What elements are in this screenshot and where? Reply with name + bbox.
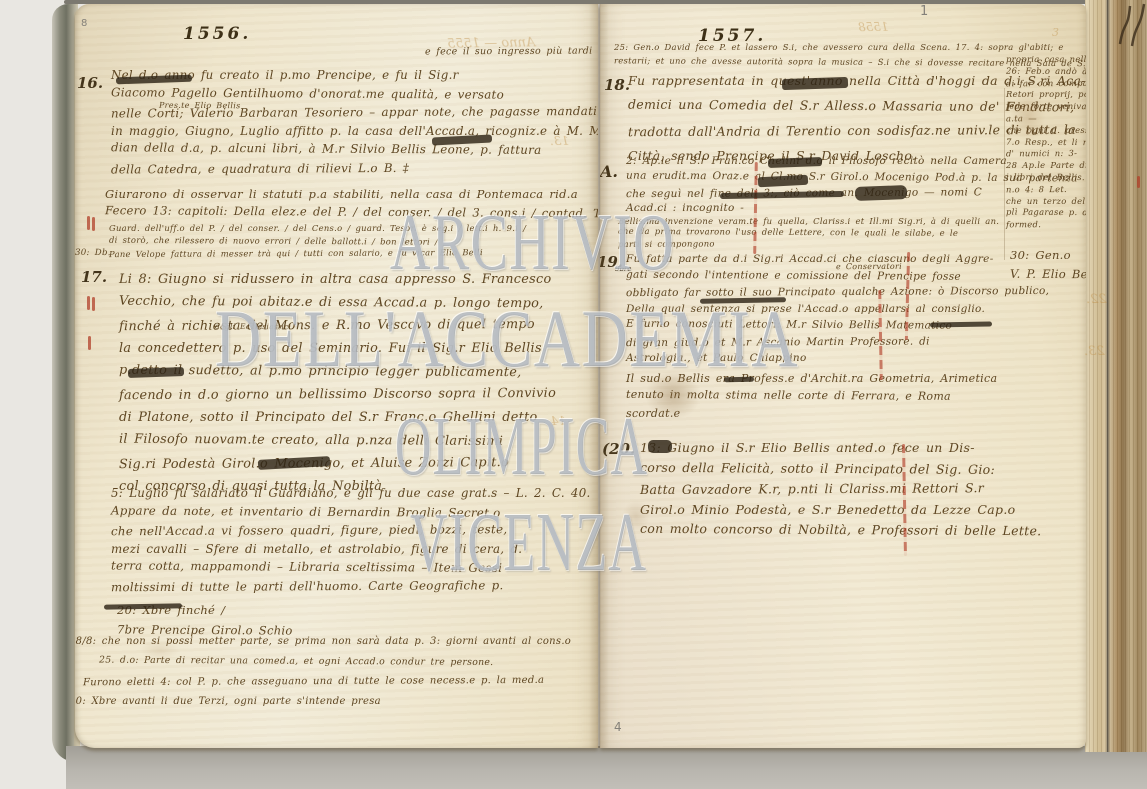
manuscript-line: Guard. dell'uff.o del P. / del conser. /… — [109, 222, 526, 235]
red-margin-dash — [92, 217, 95, 231]
marginalia-closing: 30: Gen.oV. P. Elio Bellis. — [1010, 246, 1086, 284]
manuscript-line: parti si compongono — [618, 237, 999, 250]
ghost-foredge-number: 22. — [1086, 292, 1107, 307]
pencil-folio-number-left: 8 — [81, 18, 87, 29]
manuscript-line: la concedettero p. uso del Seminario. Fu… — [119, 337, 556, 360]
paper-stain — [1010, 90, 1046, 142]
manuscript-line: terra cotta, mappamondi – Libraria scelt… — [111, 557, 591, 578]
manuscript-line: Della qual sentenza si prese l'Accad.o a… — [626, 301, 1049, 318]
margin-note-line: V. P. Elio Bellis. — [1010, 265, 1086, 285]
manuscript-line: Furono eletti 4: col P. p. che asseguano… — [83, 671, 571, 694]
interline-note: dagli Ecclesiastici — [215, 322, 291, 331]
manuscript-line: della Catedra, e quadratura di rilievi L… — [111, 157, 598, 179]
interline-note: Pres.te Elio Bellis — [159, 101, 241, 110]
margin-note-line: di far con compass delli — [1006, 77, 1086, 89]
manuscript-line: Sig.ri Podestà Girol.o Mocenigo, et Alui… — [119, 451, 556, 476]
red-margin-dash — [92, 297, 95, 311]
manuscript-line: corso della Felicità, sotto il Principat… — [640, 457, 1042, 480]
ink-stain — [645, 370, 701, 420]
paper-stain — [622, 500, 650, 532]
page-gutter — [589, 4, 609, 748]
book-fore-edge — [1085, 0, 1147, 752]
manuscript-line: che nell'Accad.a vi fossero quadri, figu… — [111, 520, 591, 541]
margin-note-line: formed. — [1006, 219, 1086, 231]
ghost-corner-number: 3 — [1052, 26, 1059, 39]
manuscript-line: p.detto il sudetto, al p.mo principio le… — [119, 359, 556, 385]
manuscript-line: obbligato far sotto il suo Principato qu… — [626, 283, 1049, 302]
ink-blot-crossout — [855, 185, 907, 201]
manuscript-line: finché à richiesta del Mons. e R.mo Vesc… — [119, 313, 556, 338]
manuscript-line: 13: Giugno il S.r Elio Bellis anted.o fe… — [640, 438, 1041, 459]
margin-note-line: 30: Gen.o — [1010, 246, 1086, 265]
manuscript-line: Batta Gavzadore K.r, p.nti li Clariss.mi… — [640, 478, 1042, 501]
red-margin-dash — [87, 296, 90, 310]
manuscript-line: il Filosofo nuovam.te creato, alla p.nza… — [119, 428, 556, 454]
oath-paragraph: Giurarono di osservar li statuti p.a sta… — [105, 185, 598, 221]
red-margin-dash — [88, 336, 91, 350]
entry-17-paragraph: Li 8: Giugno si ridussero in altra casa … — [119, 268, 556, 498]
margin-date-30-dec: 30: Db. — [75, 248, 111, 258]
ghost-bleed-year: 1558 — [858, 20, 889, 35]
margin-note-line: n.o 4: 8 Let. — [1006, 183, 1086, 195]
oration-note: Bellis.ma invenzione veram.te fu quella,… — [618, 216, 999, 249]
red-foredge-mark — [1137, 176, 1140, 188]
manuscript-line: Fecero 13: capitoli: Della elez.e del P.… — [105, 201, 598, 223]
margin-fold-crease — [1004, 88, 1005, 260]
margin-number-17: 17. — [81, 268, 107, 286]
corner-ink-squiggle — [1117, 0, 1147, 48]
ink-crossout — [782, 77, 848, 90]
manuscript-line: Vecchio, che fu poi abitaz.e di essa Acc… — [119, 290, 556, 316]
interline-note: e Conservatori — [836, 262, 902, 271]
inventory-paragraph: 5: Luglio fu salariato il Guardiano, e g… — [111, 484, 591, 595]
manuscript-line: 20: Xbre avanti li due Terzi, ogni parte… — [75, 692, 571, 712]
marginalia-column: propria casa nella corte26: Feb.o andò à… — [1006, 54, 1086, 231]
ghost-foredge-number: 23. — [1084, 344, 1105, 359]
manuscript-line: di gran giud.o et M.r Ascanio Martin Pro… — [626, 332, 1049, 351]
margin-note-line: plì Pagarase p. deli- — [1006, 207, 1086, 220]
manuscript-line: facendo in d.o giorno un bellissimo Disc… — [119, 382, 556, 407]
ink-blot-crossout — [648, 440, 672, 453]
manuscript-line: Girol.o Minio Podestà, e S.r Benedetto d… — [640, 500, 1041, 521]
fore-edge-streaks — [1085, 0, 1147, 752]
manuscript-line: 5: Luglio fu salariato il Guardiano, e g… — [111, 484, 591, 503]
red-margin-dash — [87, 216, 90, 230]
year-heading-1556: 1556. — [183, 24, 251, 44]
manuscript-line: con molto concorso di Nobiltà, e Profess… — [640, 519, 1042, 542]
manuscript-line: Giurarono di osservar li statuti p.a sta… — [105, 185, 598, 203]
margin-note-line: che un terzo del comis- — [1006, 196, 1086, 208]
manuscript-line: Pane Velope fattura di messer trà qui / … — [109, 246, 526, 261]
paper-stain — [140, 640, 180, 660]
margin-note-line: 26: Feb.o andò à F. Schi. — [1006, 65, 1086, 78]
pencil-folio-number-right: 1 — [920, 4, 928, 19]
manuscript-line: mezi cavalli – Sfere di metallo, et astr… — [111, 540, 591, 559]
manuscript-line: in maggio, Giugno, Luglio affitto p. la … — [111, 122, 598, 141]
margin-note-line: 28 Ap.le Parte di comprar — [1006, 160, 1086, 172]
ink-crossout — [724, 377, 754, 383]
margin-note-line: d' numici n: 3- — [1006, 148, 1086, 160]
entry-16-paragraph: Nel d.o anno fu creato il p.mo Prencipe,… — [111, 66, 598, 178]
manuscript-line: moltissimi di tutte le parti dell'huomo.… — [111, 575, 591, 596]
margin-note-line: i libri del Bellis. — [1006, 172, 1086, 185]
chapter-list-small: Guard. dell'uff.o del P. / del conser. /… — [109, 222, 526, 260]
manuscript-line: Li 8: Giugno si ridussero in altra casa … — [119, 268, 556, 291]
entry-20-paragraph: 13: Giugno il S.r Elio Bellis anted.o fe… — [640, 438, 1041, 541]
manuscript-line: Astrologia., et Paulo Chiappino — [626, 350, 1049, 367]
manuscript-line: di Platone, sotto il Principato del S.r … — [119, 406, 556, 429]
margin-note-line: propria casa nella corte — [1006, 54, 1086, 66]
insert-note: e fece il suo ingresso più tardi — [425, 46, 593, 58]
ink-crossout — [768, 157, 822, 168]
manuscript-scan: 8 1556. Anno — 1555 e fece il suo ingres… — [0, 0, 1147, 789]
scanner-shadow — [66, 746, 1147, 789]
pencil-page-number-4: 4 — [614, 720, 622, 734]
margin-number-16: 16. — [77, 74, 103, 92]
